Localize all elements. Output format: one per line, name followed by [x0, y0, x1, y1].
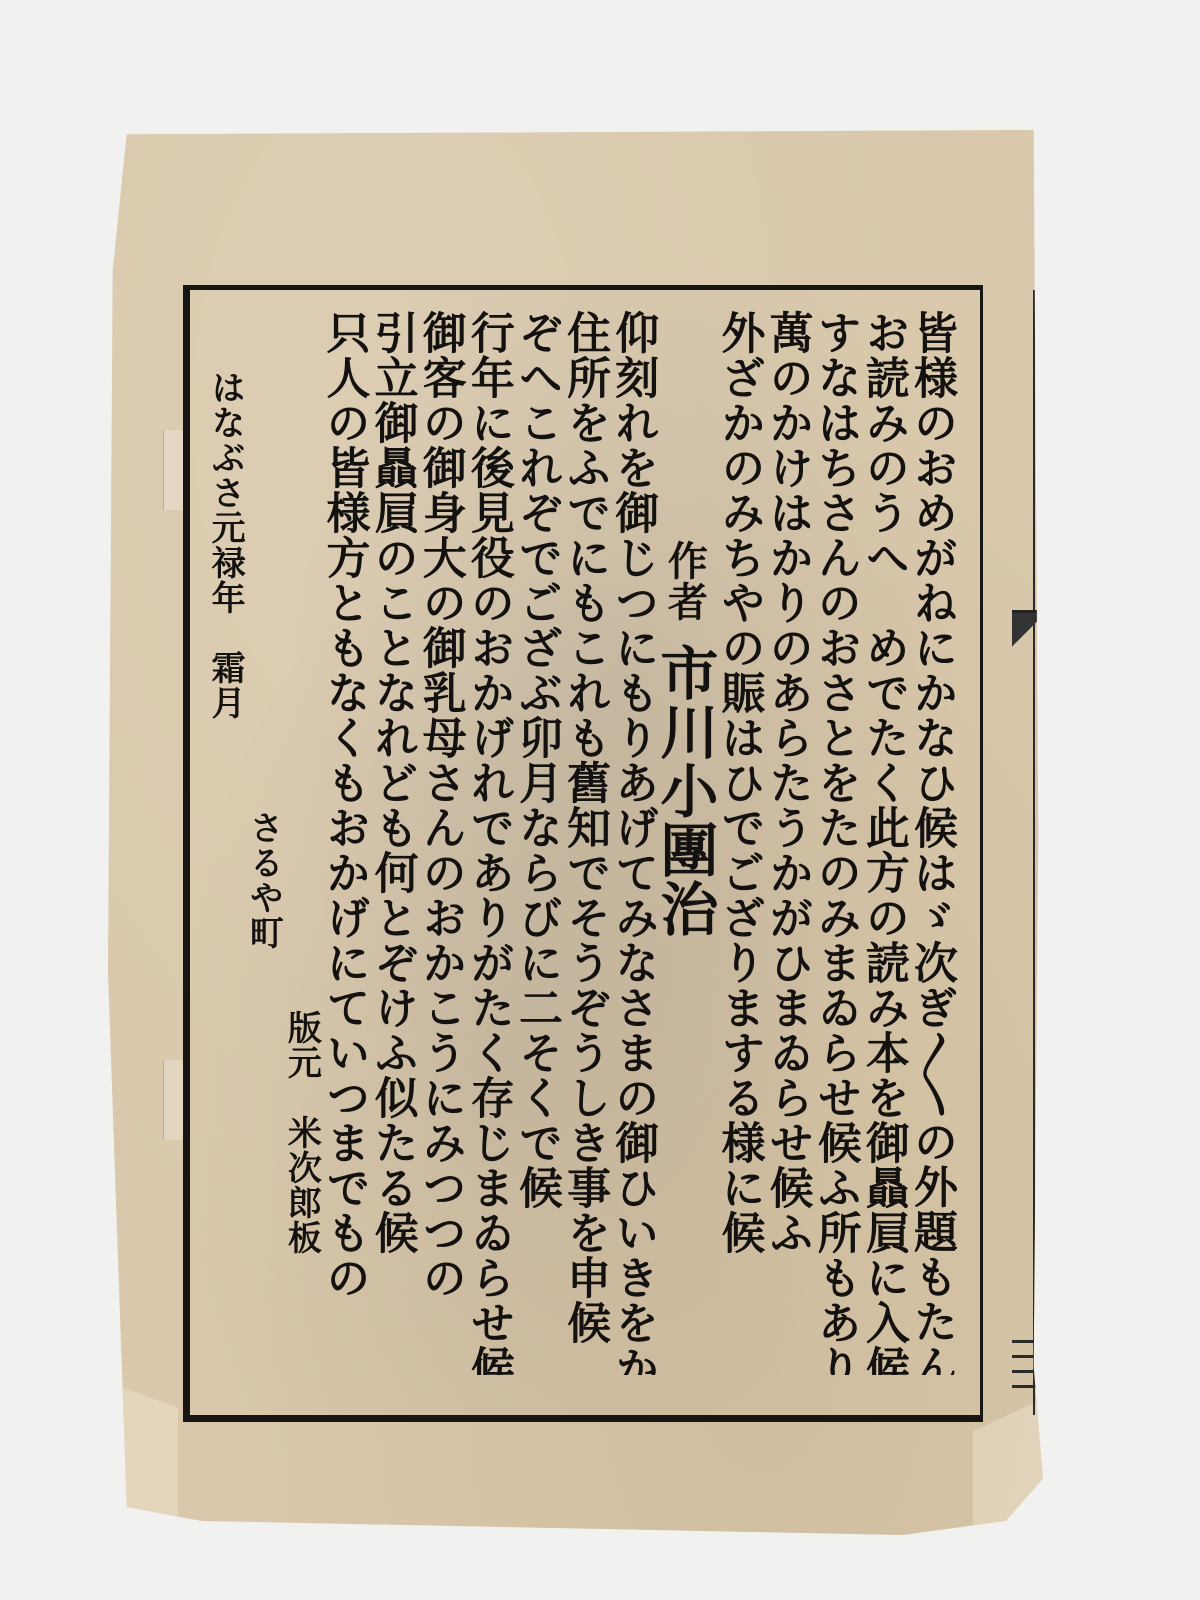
text-column: 皆様のおめがねにかなひ候はゞ次ぎ〳〵の外題もたんと御覧に入れ候 [912, 310, 960, 1375]
text-frame: 皆様のおめがねにかなひ候はゞ次ぎ〳〵の外題もたんと御覧に入れ候 お読みのうへ め… [183, 285, 983, 1422]
text-column: 引立御贔屓のことなれども何とぞけふ似たる候 [373, 310, 421, 1375]
text-column: ぞへこれぞでござぶ卯月ならびに二そくで候 [517, 310, 565, 1375]
text-column: 只人の皆様方ともなくもおかげにていつまでもの [324, 310, 372, 1375]
corner-fold [973, 1399, 1043, 1552]
margin-rule [1033, 290, 1035, 1415]
text-column: すなはちさんのおさとをたのみまゐらせ候ふ所もあり [816, 310, 864, 1375]
text-column: 外ざかのみちやの賑はひでござりまする様に候 [719, 310, 767, 1375]
author-title: 作者 市川小團治 [661, 310, 719, 1600]
author-prefix: 作者 [661, 540, 708, 622]
text-columns: 皆様のおめがねにかなひ候はゞ次ぎ〳〵の外題もたんと御覧に入れ候 お読みのうへ め… [210, 310, 960, 1375]
colophon: 版元 米次郎板 [286, 310, 324, 1375]
corner-fold [108, 1382, 178, 1527]
publisher-line: 版元 米次郎板 [286, 310, 324, 1375]
date-line: はなぶさ元禄年 霜月 [210, 310, 248, 1435]
text-column: 行年に後見役のおかげれでありがたく存じまゐらせ候ぶん [469, 310, 517, 1375]
text-column: 仰刻れを御じつにもりあげてみなさまの御ひいきをかたじけなく [613, 310, 661, 1375]
text-column: 住所をふでにもこれも舊知でそうぞうしき事を申候 [565, 310, 613, 1375]
book-page: 皆様のおめがねにかなひ候はゞ次ぎ〳〵の外題もたんと御覧に入れ候 お読みのうへ め… [108, 130, 1043, 1535]
colophon: さるや町 [248, 310, 286, 1375]
text-column: 御客の御身大の御乳母さんのおかこうにみつつの [421, 310, 469, 1375]
address-line: さるや町 [248, 310, 286, 950]
hashira-mark [1012, 610, 1040, 668]
page-number-marks [1012, 1340, 1040, 1400]
author-name: 市川小團治 [661, 643, 718, 938]
text-column: 萬のかけはかりのあらたうかがひまゐらせ候ふ [768, 310, 816, 1375]
text-column: お読みのうへ めでたく此方の読み本を御贔屓に入候てくだされかし [864, 310, 912, 1375]
